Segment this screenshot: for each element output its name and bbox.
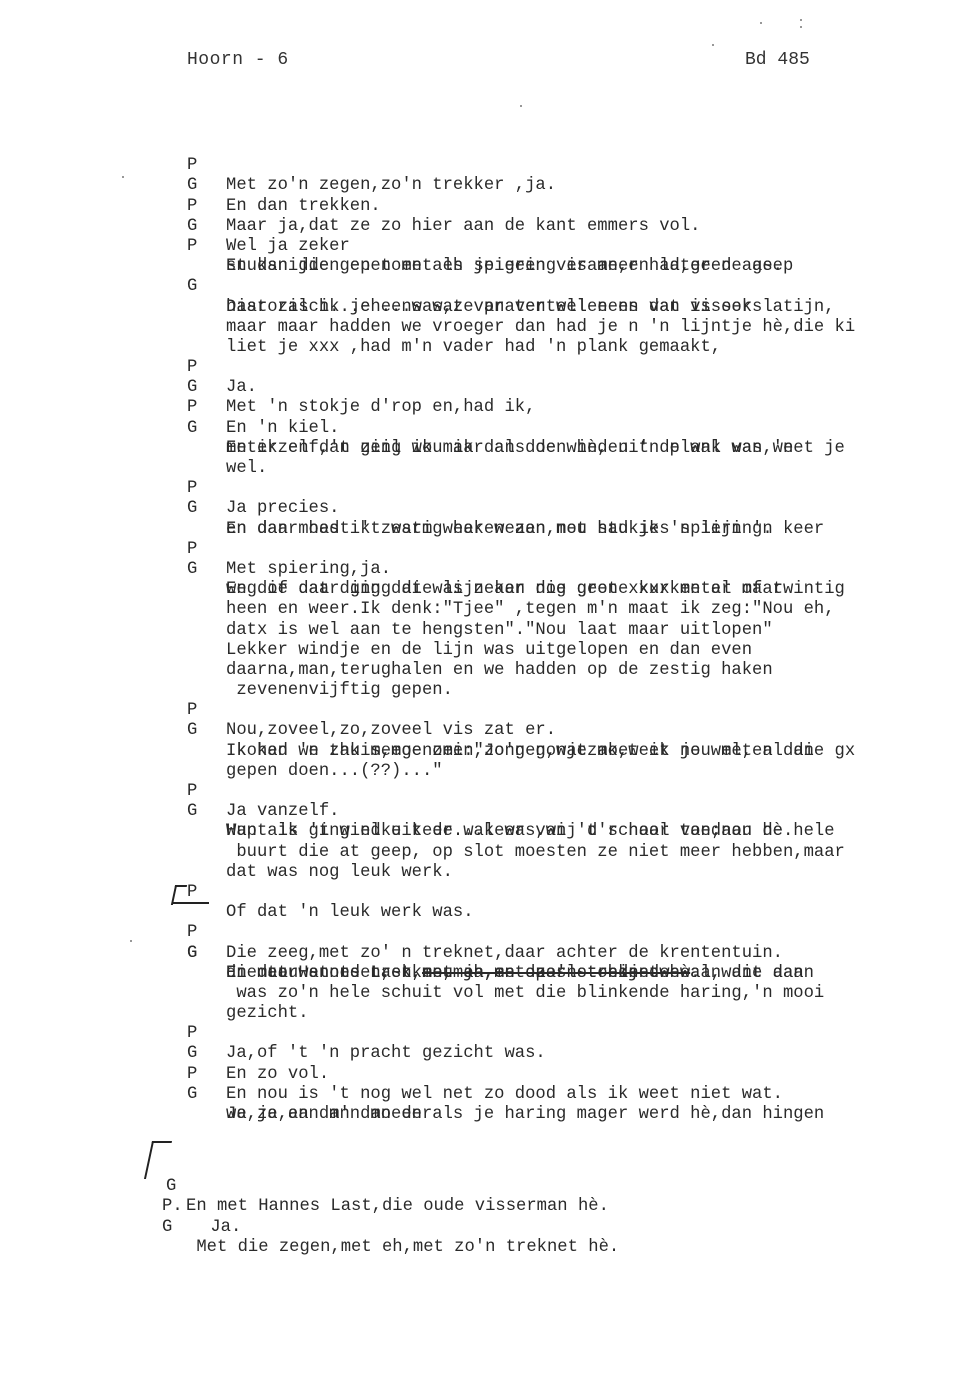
- utterance-text: we ze aan m'n moeder: [226, 1105, 432, 1125]
- dialogue-line: G En ikzelf,'t zeil wou ik dan doen hè,e…: [187, 398, 973, 418]
- insertion-line: G En met Hannes Last,die oude visserman …: [162, 1157, 862, 1177]
- dialogue-line: P En nou is 't nog wel net zo dood als i…: [187, 1044, 973, 1064]
- dialogue-line: G En dan moest 't warm weer wezen,nou ha…: [187, 479, 973, 499]
- insertion-line: P. Ja.: [162, 1177, 862, 1197]
- scan-speck: [520, 105, 522, 107]
- dialogue-continuation: en daar had ik zestig haken aan met stuk…: [187, 499, 973, 519]
- scan-speck: [800, 19, 802, 21]
- dialogue-line: G Met 'n stokje d'rop en,had ik,: [187, 358, 973, 378]
- dialogue-continuation: zevenenvijftig gepen.: [187, 661, 973, 681]
- dialogue-line: G Want ik ging elke keer...keer van 't s…: [187, 782, 973, 802]
- dialogue-continuation: gepen doen...(??)...": [187, 742, 973, 762]
- dialogue-continuation: historisch...eh...was,ze praten wel eens…: [187, 277, 973, 297]
- dialogue-line: G En die dat ding dat was zeker nog geen…: [187, 540, 973, 560]
- dialogue-line: P Nou,zoveel,zo,zoveel vis zat er.: [187, 681, 973, 701]
- insertion-block: G En met Hannes Last,die oude visserman …: [162, 1157, 862, 1218]
- dialogue-line: P En dan die gepen met eh spiering eraan…: [187, 217, 973, 237]
- insertion-line: G Met die zegen,met eh,met zo'n treknet …: [162, 1197, 862, 1217]
- scan-speck: [130, 940, 132, 942]
- dialogue-line: G En dan trekken.: [187, 156, 973, 176]
- speaker-label: G: [162, 1218, 182, 1238]
- scan-speck: [712, 44, 714, 46]
- dialogue-line: P Die zeeg,met zo' n treknet,daar achter…: [187, 903, 973, 923]
- dialogue-line: G Wel ja zeker: [187, 197, 973, 217]
- dialogue-continuation: wel.: [187, 439, 973, 459]
- dialogue-continuation: maar maar hadden we vroeger dan had je n…: [187, 298, 973, 318]
- dialogue-line: G En daar stonden,en nou ja en daar ston…: [187, 923, 973, 943]
- dialogue-line: P Met zo'n zegen,zo'n trekker ,ja.: [187, 136, 973, 156]
- dialogue-continuation: daarna,man,terughalen en we hadden op de…: [187, 641, 973, 661]
- dialogue-line: P Ja precies.: [187, 459, 973, 479]
- dialogue-continuation: dat was nog leuk werk.: [187, 843, 973, 863]
- scan-speck: [760, 22, 762, 24]
- dialogue-continuation: we ze aan m'n moeder: [187, 1085, 973, 1105]
- dialogue-line: P Ja,of 't 'n pracht gezicht was.: [187, 1004, 973, 1024]
- scan-speck: [122, 176, 124, 178]
- dialogue-continuation: weg of daar ging die lijn aan die grote …: [187, 560, 973, 580]
- dialogue-continuation: koken we thuis,moe zei:"Jongen,wat moet …: [187, 721, 973, 741]
- dialogue-transcript: P Met zo'n zegen,zo'n trekker ,ja. G En …: [187, 136, 973, 1105]
- page-reference: Bd 485: [745, 50, 810, 70]
- utterance-text: Met die zegen,met eh,met zo'n treknet hè…: [186, 1238, 619, 1258]
- dialogue-line: P Of dat 'n leuk werk was.: [187, 863, 973, 883]
- dialogue-line: G Ja,ja,en dan dan en als je haring mage…: [187, 1065, 973, 1085]
- dialogue-continuation: heen en weer.Ik denk:"Tjee" ,tegen m'n m…: [187, 580, 973, 600]
- dialogue-continuation: buurt die at geep, op slot moesten ze ni…: [187, 822, 973, 842]
- dialogue-continuation: stuksnijden en toen als je geen vis meer…: [187, 237, 973, 257]
- dialogue-line: G En met Hannes Last,met eh,met zo'n tre…: [187, 883, 973, 903]
- dialogue-line: P Met spiering,ja.: [187, 520, 973, 540]
- dialogue-continuation: die touwen te trekken,man,en op slot bij…: [187, 944, 973, 964]
- dialogue-line: G Ik had 'n zak meegenomen,zo'n gonjezak…: [187, 701, 973, 721]
- dialogue-line: P Maar ja,dat ze zo hier aan de kant emm…: [187, 176, 973, 196]
- dialogue-continuation: Lekker windje en de lijn was uitgelopen …: [187, 621, 973, 641]
- dialogue-line: P Ja.: [187, 338, 973, 358]
- dialogue-continuation: datx is wel aan te hengsten"."Nou laat m…: [187, 600, 973, 620]
- dialogue-continuation: was zo'n hele schuit vol met die blinken…: [187, 964, 973, 984]
- dialogue-line: P En 'n kiel.: [187, 378, 973, 398]
- dialogue-continuation: meter en dan ging ik maar als de wind ui…: [187, 419, 973, 439]
- document-title: Hoorn - 6: [187, 50, 289, 70]
- dialogue-continuation: Hup als 't wind uit de wal was,wij d'r n…: [187, 802, 973, 822]
- dialogue-line: P Ja vanzelf.: [187, 762, 973, 782]
- typewritten-page: Hoorn - 6 Bd 485 P Met zo'n zegen,zo'n t…: [0, 0, 973, 1397]
- dialogue-line: G Daar zal ik je eens wat van vertellen …: [187, 257, 973, 277]
- scan-speck: [800, 26, 802, 28]
- dialogue-continuation: liet je xxx ,had m'n vader had 'n plank …: [187, 318, 973, 338]
- dialogue-line: G En zo vol.: [187, 1024, 973, 1044]
- dialogue-continuation: gezicht.: [187, 984, 973, 1004]
